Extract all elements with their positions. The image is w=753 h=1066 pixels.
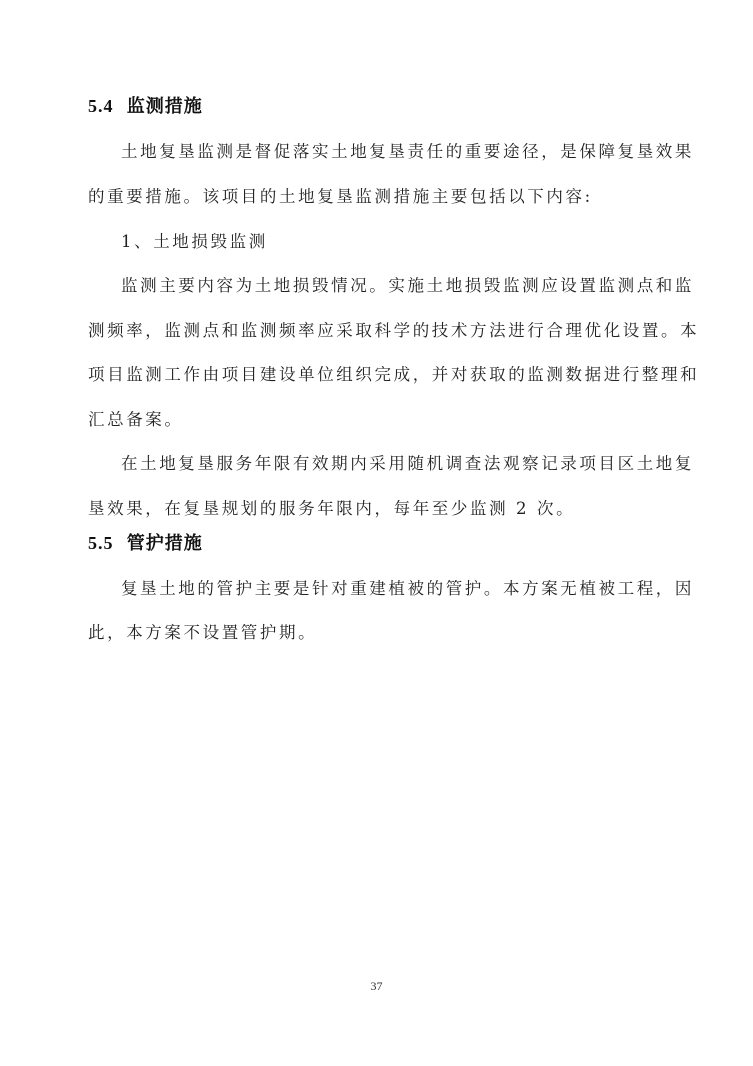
section-title: 管护措施: [127, 533, 203, 554]
page-number: 37: [0, 979, 753, 994]
document-page: 5.4 监测措施 土地复垦监测是督促落实土地复垦责任的重要途径，是保障复垦效果 …: [0, 0, 753, 1066]
paragraph-line: 垦效果，在复垦规划的服务年限内，每年至少监测 2 次。: [88, 495, 575, 519]
paragraph-line: 在土地复垦服务年限有效期内采用随机调查法观察记录项目区土地复: [121, 450, 694, 474]
paragraph-line: 土地复垦监测是督促落实土地复垦责任的重要途径，是保障复垦效果: [121, 138, 694, 162]
list-item-heading: 1、土地损毁监测: [121, 228, 268, 252]
section-heading-5-5: 5.5 管护措施: [88, 529, 203, 555]
paragraph-line: 项目监测工作由项目建设单位组织完成，并对获取的监测数据进行整理和: [88, 361, 699, 385]
section-title: 监测措施: [127, 96, 203, 117]
paragraph-line: 的重要措施。该项目的土地复垦监测措施主要包括以下内容:: [88, 183, 593, 207]
paragraph-line: 复垦土地的管护主要是针对重建植被的管护。本方案无植被工程，因: [121, 575, 694, 599]
paragraph-line: 此，本方案不设置管护期。: [88, 619, 317, 643]
paragraph-line: 监测主要内容为土地损毁情况。实施土地损毁监测应设置监测点和监: [121, 272, 694, 296]
paragraph-line: 测频率，监测点和监测频率应采取科学的技术方法进行合理优化设置。本: [88, 317, 699, 341]
paragraph-line: 汇总备案。: [88, 406, 184, 430]
section-number: 5.4: [88, 96, 114, 116]
section-heading-5-4: 5.4 监测措施: [88, 92, 203, 118]
section-number: 5.5: [88, 533, 114, 553]
